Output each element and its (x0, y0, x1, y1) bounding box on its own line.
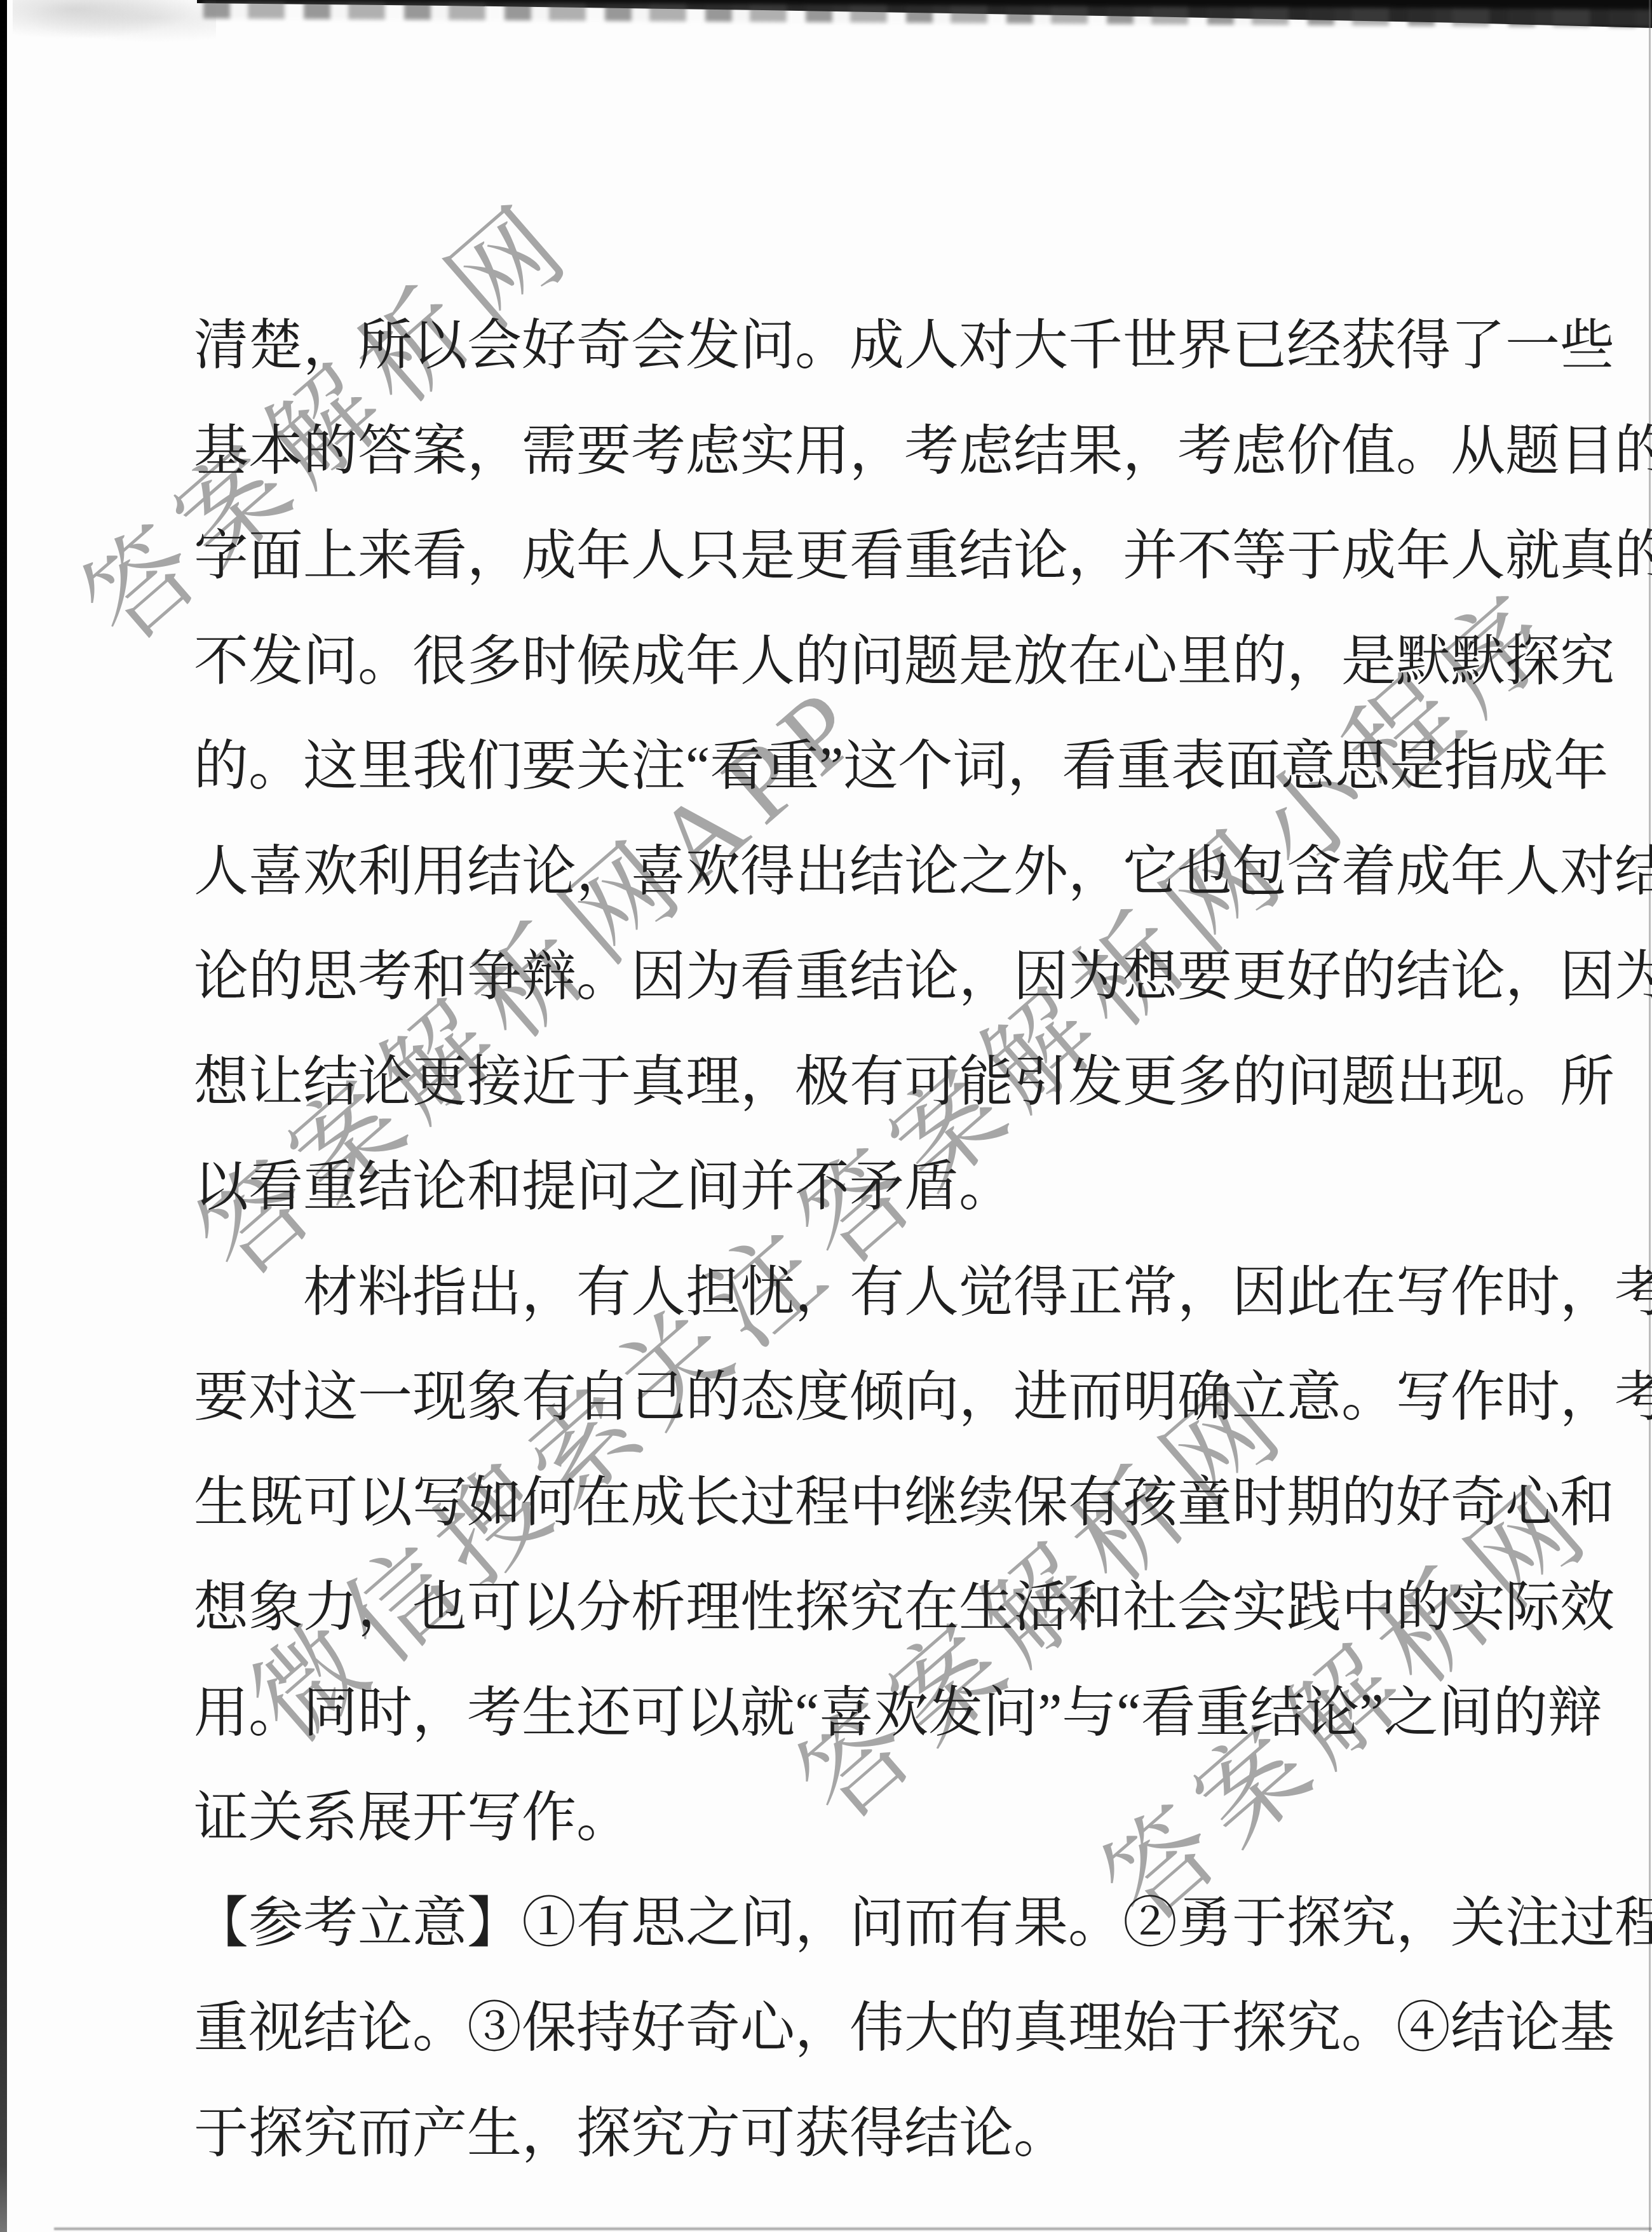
text-line: 基本的答案，需要考虑实用，考虑结果，考虑价值。从题目的 (194, 399, 1601, 504)
text-line: 人喜欢利用结论，喜欢得出结论之外，它也包含着成年人对结 (194, 820, 1601, 925)
text-line: 要对这一现象有自己的态度倾向，进而明确立意。写作时，考 (194, 1345, 1601, 1451)
text-line: 证关系展开写作。 (194, 1766, 1601, 1871)
text-line: 的。这里我们要关注“看重”这个词，看重表面意思是指成年 (194, 714, 1601, 820)
scan-edge-line-bottom (54, 2228, 1652, 2230)
answer-analysis-text: 清楚，所以会好奇会发问。成人对大千世界已经获得了一些 基本的答案，需要考虑实用，… (194, 294, 1601, 2186)
text-line: 想象力，也可以分析理性探究在生活和社会实践中的实际效 (194, 1555, 1601, 1661)
text-line: 想让结论更接近于真理，极有可能引发更多的问题出现。所 (194, 1030, 1601, 1135)
text-line: 于探究而产生，探究方可获得结论。 (194, 2081, 1601, 2187)
text-line: 重视结论。③保持好奇心，伟大的真理始于探究。④结论基 (194, 1976, 1601, 2081)
text-line: 清楚，所以会好奇会发问。成人对大千世界已经获得了一些 (194, 294, 1601, 399)
scan-noise-top-left (13, 0, 216, 44)
text-line: 用。同时，考生还可以就“喜欢发问”与“看重结论”之间的辩 (194, 1661, 1601, 1766)
text-line: 材料指出，有人担忧，有人觉得正常，因此在写作时，考生 (194, 1240, 1601, 1346)
text-line: 以看重结论和提问之间并不矛盾。 (194, 1135, 1601, 1240)
text-line: 字面上来看，成年人只是更看重结论，并不等于成年人就真的 (194, 504, 1601, 609)
scan-black-strip-left (0, 0, 7, 2232)
text-line: 论的思考和争辩。因为看重结论，因为想要更好的结论，因为 (194, 924, 1601, 1030)
scanned-document-page: 答案解析网 答案解析网APP 微信搜索关注答案解析网小程序 答案解析网 答案解析… (0, 0, 1652, 2232)
text-line: 【参考立意】①有思之问，问而有果。②勇于探究，关注过程， (194, 1871, 1601, 1977)
text-line: 生既可以写如何在成长过程中继续保有孩童时期的好奇心和 (194, 1451, 1601, 1556)
text-line: 不发问。很多时候成年人的问题是放在心里的，是默默探究 (194, 609, 1601, 715)
